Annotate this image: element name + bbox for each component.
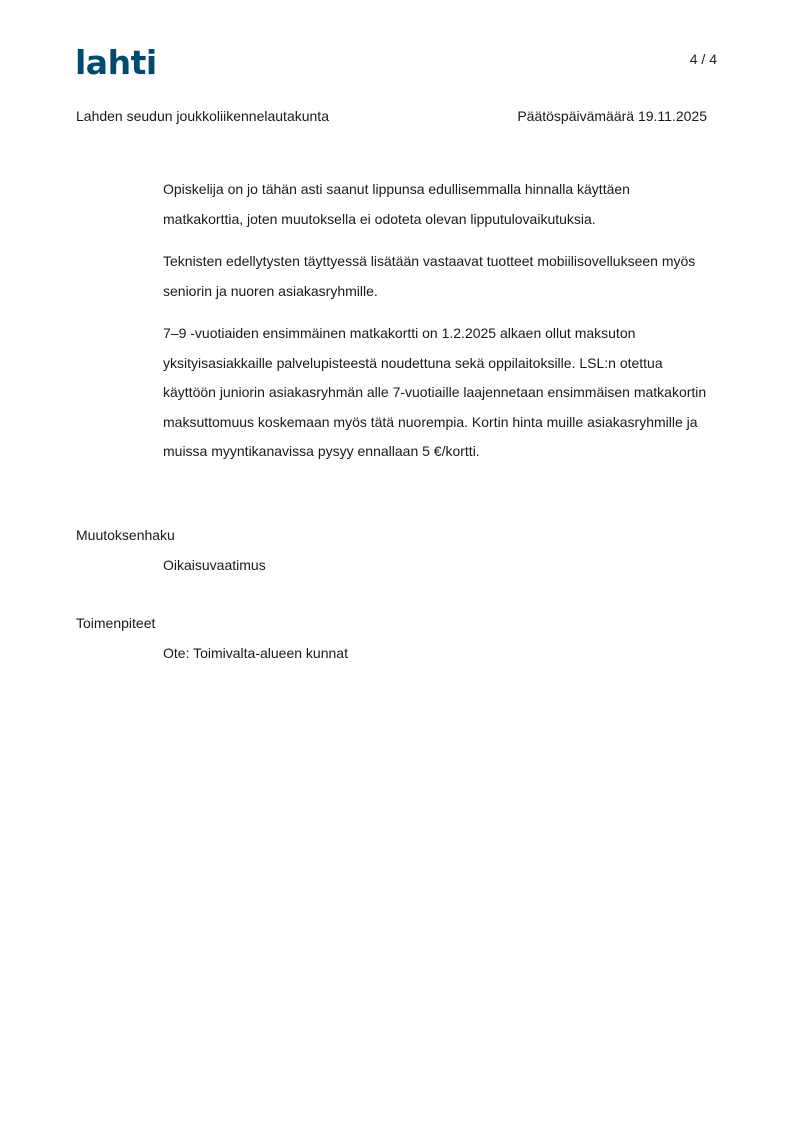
body-text: Opiskelija on jo tähän asti saanut lippu… [163, 175, 708, 480]
organization-name: Lahden seudun joukkoliikennelautakunta [76, 108, 329, 124]
section-value-appeal: Oikaisuvaatimus [163, 557, 266, 573]
paragraph-mobile-app: Teknisten edellytysten täyttyessä lisätä… [163, 247, 708, 306]
section-value-actions: Ote: Toimivalta-alueen kunnat [163, 645, 348, 661]
paragraph-student-tickets: Opiskelija on jo tähän asti saanut lippu… [163, 175, 708, 234]
logo-text: lahti [75, 43, 157, 82]
lahti-logo: lahti [75, 46, 157, 79]
page-number: 4 / 4 [690, 51, 717, 67]
section-heading-actions: Toimenpiteet [76, 615, 155, 631]
paragraph-travel-card: 7–9 -vuotiaiden ensimmäinen matkakortti … [163, 319, 708, 467]
section-heading-appeal: Muutoksenhaku [76, 527, 175, 543]
decision-date: Päätöspäivämäärä 19.11.2025 [517, 108, 707, 124]
